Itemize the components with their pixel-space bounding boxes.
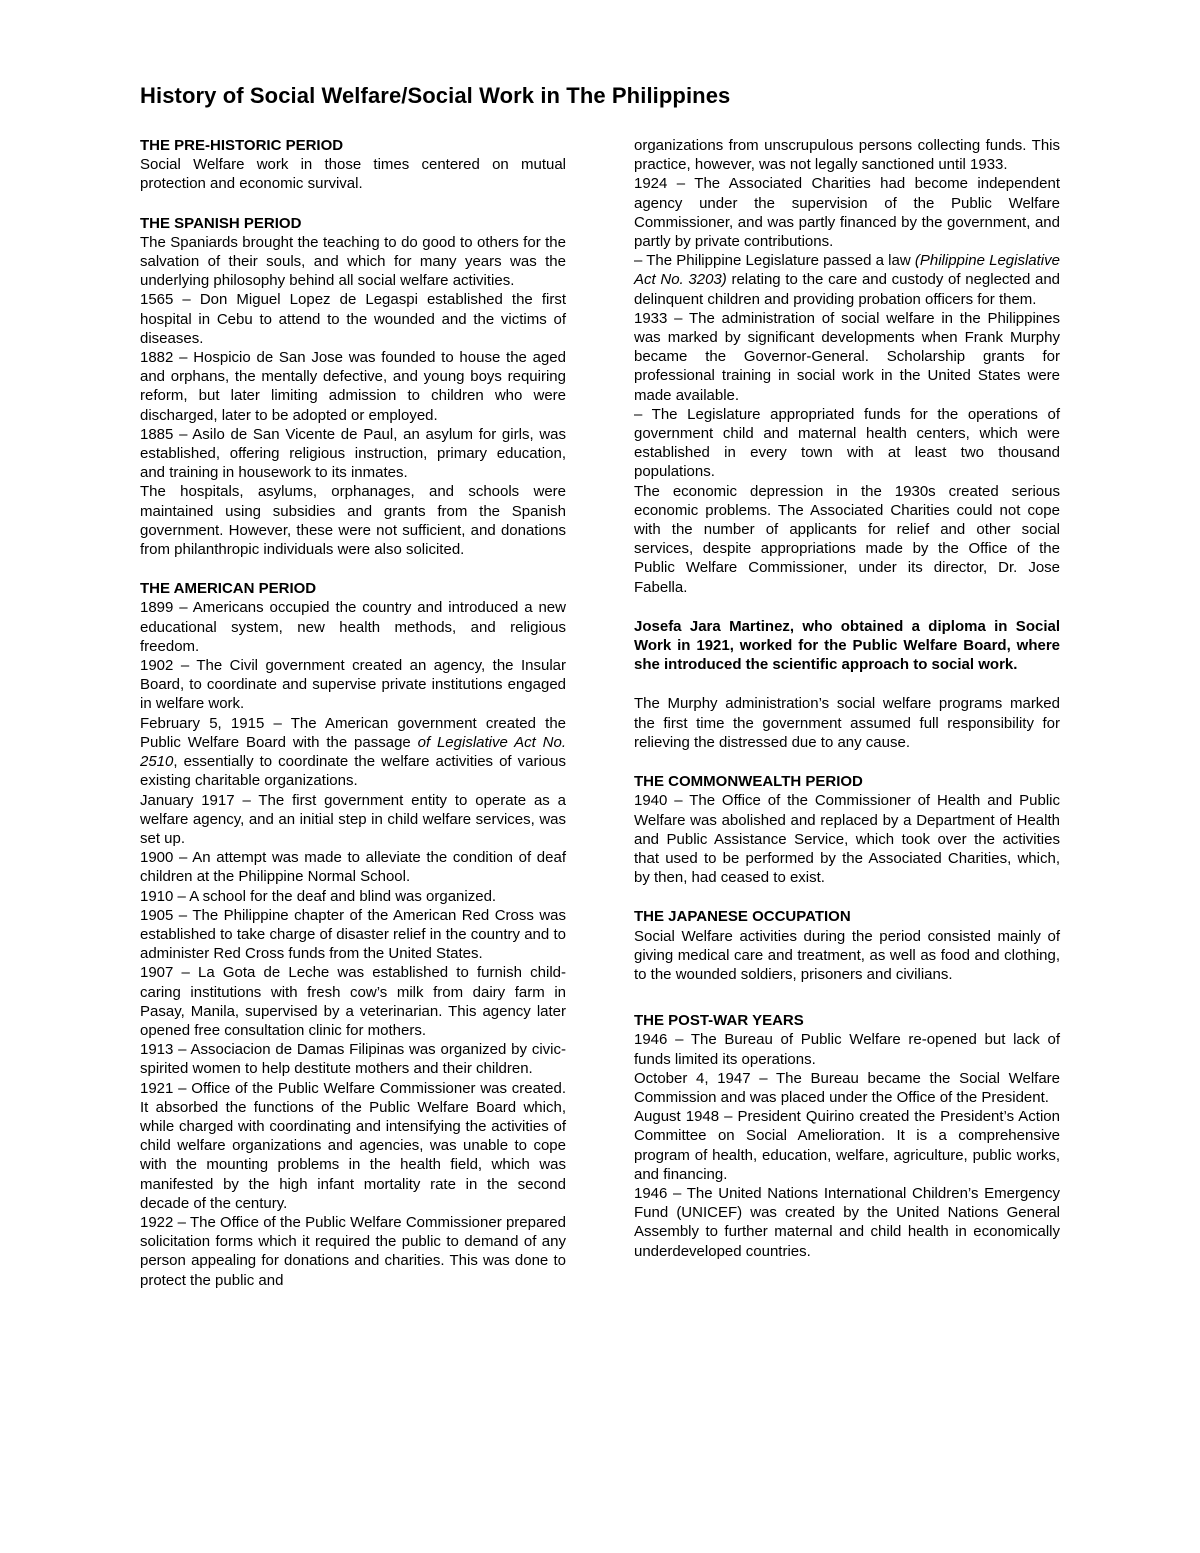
text-run: 1910 – A school for the deaf and blind w… (140, 888, 496, 905)
paragraph: 1565 – Don Miguel Lopez de Legaspi estab… (140, 290, 566, 348)
paragraph: Josefa Jara Martinez, who obtained a dip… (634, 617, 1060, 675)
paragraph: August 1948 – President Quirino created … (634, 1107, 1060, 1184)
text-run: 1565 – Don Miguel Lopez de Legaspi estab… (140, 291, 566, 346)
paragraph: 1922 – The Office of the Public Welfare … (140, 1213, 566, 1290)
text-run: – The Legislature appropriated funds for… (634, 406, 1060, 481)
text-run: 1900 – An attempt was made to alleviate … (140, 849, 566, 885)
paragraph: 1899 – Americans occupied the country an… (140, 598, 566, 656)
text-run: The hospitals, asylums, orphanages, and … (140, 483, 566, 558)
text-run: 1907 – La Gota de Leche was established … (140, 964, 566, 1039)
paragraph: organizations from unscrupulous persons … (634, 136, 1060, 174)
paragraph: January 1917 – The first government enti… (140, 791, 566, 849)
paragraph: 1921 – Office of the Public Welfare Comm… (140, 1079, 566, 1213)
text-run: 1902 – The Civil government created an a… (140, 657, 566, 712)
paragraph: 1882 – Hospicio de San Jose was founded … (140, 348, 566, 425)
section-heading: THE POST-WAR YEARS (634, 1011, 1060, 1030)
section-heading: THE COMMONWEALTH PERIOD (634, 772, 1060, 791)
paragraph: The hospitals, asylums, orphanages, and … (140, 482, 566, 559)
text-run: January 1917 – The first government enti… (140, 792, 566, 847)
text-run: Social Welfare work in those times cente… (140, 156, 566, 192)
text-run: 1940 – The Office of the Commissioner of… (634, 792, 1060, 886)
text-run: 1913 – Associacion de Damas Filipinas wa… (140, 1041, 566, 1077)
paragraph: 1910 – A school for the deaf and blind w… (140, 887, 566, 906)
left-column: THE PRE-HISTORIC PERIODSocial Welfare wo… (140, 136, 566, 1290)
text-run: 1882 – Hospicio de San Jose was founded … (140, 349, 566, 424)
paragraph: 1907 – La Gota de Leche was established … (140, 963, 566, 1040)
paragraph: 1933 – The administration of social welf… (634, 309, 1060, 405)
text-run: August 1948 – President Quirino created … (634, 1108, 1060, 1183)
text-run: 1924 – The Associated Charities had beco… (634, 175, 1060, 250)
paragraph: The Spaniards brought the teaching to do… (140, 233, 566, 291)
text-run: 1905 – The Philippine chapter of the Ame… (140, 907, 566, 962)
paragraph: 1924 – The Associated Charities had beco… (634, 174, 1060, 251)
paragraph: Social Welfare activities during the per… (634, 927, 1060, 985)
text-run: The Murphy administration’s social welfa… (634, 695, 1060, 750)
text-run: 1899 – Americans occupied the country an… (140, 599, 566, 654)
text-run: , essentially to coordinate the welfare … (140, 753, 566, 789)
paragraph: 1900 – An attempt was made to alleviate … (140, 848, 566, 886)
text-run: 1946 – The Bureau of Public Welfare re-o… (634, 1031, 1060, 1067)
paragraph: The Murphy administration’s social welfa… (634, 694, 1060, 752)
section-heading: THE SPANISH PERIOD (140, 214, 566, 233)
text-run: – The Philippine Legislature passed a la… (634, 252, 915, 269)
text-run: Social Welfare activities during the per… (634, 928, 1060, 983)
text-run: 1946 – The United Nations International … (634, 1185, 1060, 1260)
paragraph: 1946 – The Bureau of Public Welfare re-o… (634, 1030, 1060, 1068)
section-heading: THE PRE-HISTORIC PERIOD (140, 136, 566, 155)
paragraph: 1940 – The Office of the Commissioner of… (634, 791, 1060, 887)
paragraph: 1946 – The United Nations International … (634, 1184, 1060, 1261)
paragraph: Social Welfare work in those times cente… (140, 155, 566, 193)
text-run: 1885 – Asilo de San Vicente de Paul, an … (140, 426, 566, 481)
text-run: Josefa Jara Martinez, who obtained a dip… (634, 618, 1060, 673)
right-column: organizations from unscrupulous persons … (634, 136, 1060, 1261)
paragraph: February 5, 1915 – The American governme… (140, 714, 566, 791)
text-run: 1922 – The Office of the Public Welfare … (140, 1214, 566, 1289)
paragraph: 1905 – The Philippine chapter of the Ame… (140, 906, 566, 964)
section-heading: THE AMERICAN PERIOD (140, 579, 566, 598)
paragraph: The economic depression in the 1930s cre… (634, 482, 1060, 597)
paragraph: – The Legislature appropriated funds for… (634, 405, 1060, 482)
document-title: History of Social Welfare/Social Work in… (140, 83, 730, 109)
paragraph: 1913 – Associacion de Damas Filipinas wa… (140, 1040, 566, 1078)
text-run: The economic depression in the 1930s cre… (634, 483, 1060, 596)
paragraph: – The Philippine Legislature passed a la… (634, 251, 1060, 309)
text-run: October 4, 1947 – The Bureau became the … (634, 1070, 1060, 1106)
text-run: 1933 – The administration of social welf… (634, 310, 1060, 404)
paragraph: October 4, 1947 – The Bureau became the … (634, 1069, 1060, 1107)
paragraph: 1902 – The Civil government created an a… (140, 656, 566, 714)
text-run: 1921 – Office of the Public Welfare Comm… (140, 1080, 566, 1212)
text-run: organizations from unscrupulous persons … (634, 137, 1060, 173)
section-heading: THE JAPANESE OCCUPATION (634, 907, 1060, 926)
paragraph: 1885 – Asilo de San Vicente de Paul, an … (140, 425, 566, 483)
text-run: The Spaniards brought the teaching to do… (140, 234, 566, 289)
